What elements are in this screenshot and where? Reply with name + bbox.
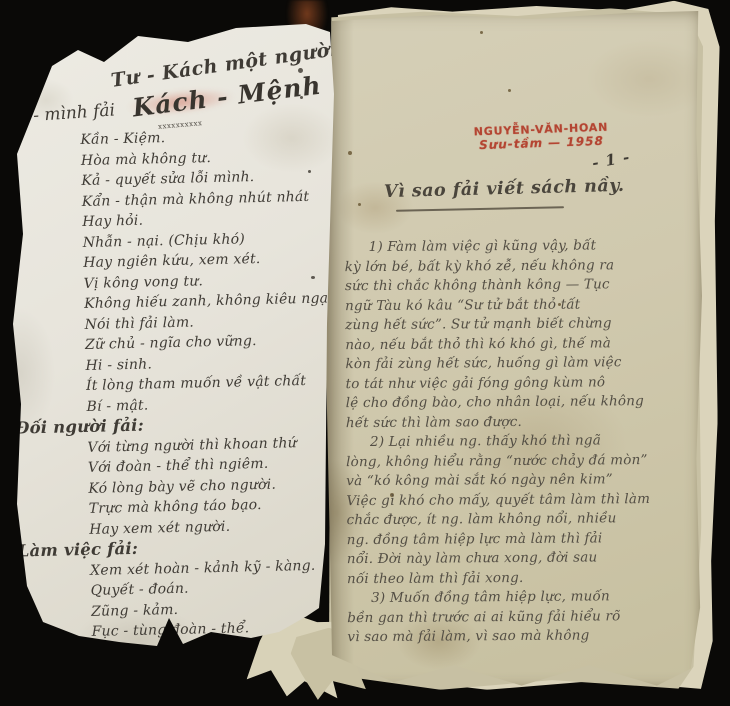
manuscript-text: 1) Fàm làm việc gì kũng vậy, bấtkỳ lớn b… bbox=[333, 236, 698, 648]
paper-speck bbox=[358, 203, 361, 206]
manuscript-line: zùng hết sức”. Sư tử mạnh biết chừng bbox=[345, 314, 695, 336]
manuscript-line: ng. đồng tâm hiệp lực mà làm thì fải bbox=[347, 528, 697, 550]
manuscript-line: kỳ lớn bé, bất kỳ khó zễ, nếu không ra bbox=[345, 255, 695, 277]
qualities-list: Kần - Kiệm.Hòa mà không tư.Kả - quyết sử… bbox=[6, 124, 338, 644]
left-heading-prefix: tự - mình fải bbox=[9, 100, 115, 127]
manuscript-line: và “kó kông mài sắt kó ngày nên kim” bbox=[346, 470, 696, 492]
manuscript-line: 1) Fàm làm việc gì kũng vậy, bất bbox=[369, 236, 695, 258]
manuscript-line: kòn fải zùng hết sức, huống gì làm việc bbox=[345, 353, 695, 375]
manuscript-line: 2) Lại nhiều ng. thấy khó thì ngã bbox=[370, 431, 696, 453]
manuscript-line: to tát như việc gải fóng gông kùm nô bbox=[346, 372, 696, 394]
manuscript-line: lệ cho đồng bào, cho nhân loại, nếu khôn… bbox=[346, 392, 696, 414]
manuscript-line: nối theo làm thì fải xong. bbox=[347, 567, 697, 589]
manuscript-line: lòng, không hiểu rằng “nước chảy đá mòn” bbox=[346, 450, 696, 472]
chapter-title: Vì sao fải viết sách nầy. bbox=[384, 176, 625, 202]
paper-speck bbox=[348, 151, 352, 155]
loose-left-sheet: Tư - Kách một người tự - mình fải Kách -… bbox=[6, 24, 338, 658]
manuscript-photo: NGUYỄN-VĂN-HOAN Sưu-tầm — 1958 - 1 - Vì … bbox=[0, 0, 730, 706]
manuscript-line: bền gan thì trước ai ai kũng fải hiểu rõ bbox=[347, 606, 697, 628]
manuscript-line: chắc được, ít ng. làm không nổi, nhiều bbox=[346, 509, 696, 531]
manuscript-line: vì sao mà fải làm, vì sao mà không bbox=[347, 626, 697, 648]
paper-speck bbox=[124, 36, 128, 40]
manuscript-line: sức thì chắc không thành kông — Tục bbox=[345, 275, 695, 297]
page-number: - 1 - bbox=[591, 148, 632, 172]
manuscript-line: Việc gì khó cho mấy, quyết tâm làm thì l… bbox=[346, 489, 696, 511]
notebook-right-page: NGUYỄN-VĂN-HOAN Sưu-tầm — 1958 - 1 - Vì … bbox=[326, 11, 702, 689]
manuscript-line: ngữ Tàu kó kâu “Sư tử bắt thỏ tất bbox=[345, 294, 695, 316]
manuscript-line: 3) Muốn đồng tâm hiệp lực, muốn bbox=[371, 587, 697, 609]
paper-speck bbox=[508, 89, 511, 92]
manuscript-line: nào, nếu bắt thỏ thì kó khó gì, thế mà bbox=[345, 333, 695, 355]
paper-speck bbox=[480, 31, 483, 34]
manuscript-line: hết sức thì làm sao được. bbox=[346, 411, 696, 433]
title-underline bbox=[396, 206, 564, 212]
collector-stamp: NGUYỄN-VĂN-HOAN Sưu-tầm — 1958 bbox=[474, 121, 609, 153]
manuscript-line: nổi. Đời này làm chưa xong, đời sau bbox=[347, 548, 697, 570]
